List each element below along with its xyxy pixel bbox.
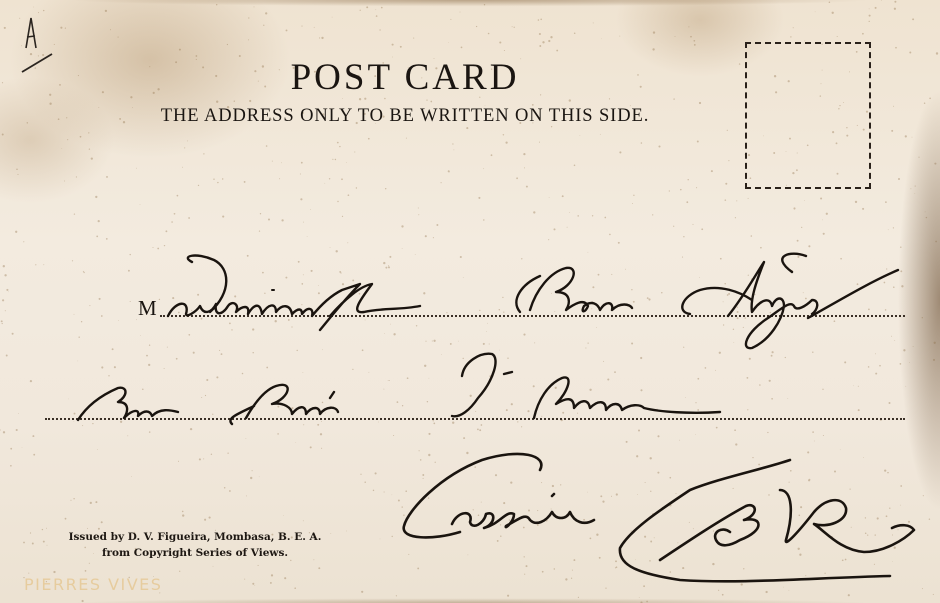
postcard-title: POST CARD — [0, 56, 810, 99]
publisher-line-2: from Copyright Series of Views. — [30, 545, 360, 561]
publisher-line-1: Issued by D. V. Figueira, Mombasa, B. E.… — [30, 529, 360, 545]
stamp-box — [745, 42, 871, 189]
publisher-credit: Issued by D. V. Figueira, Mombasa, B. E.… — [30, 529, 360, 561]
postcard-back: POST CARD THE ADDRESS ONLY TO BE WRITTEN… — [0, 0, 940, 603]
address-instruction: THE ADDRESS ONLY TO BE WRITTEN ON THIS S… — [120, 106, 690, 127]
address-department: B d R — [0, 0, 3, 1]
watermark: PIERRES VIVES — [24, 575, 162, 594]
address-line-1 — [160, 315, 905, 317]
address-line-2 — [45, 418, 905, 420]
address-prefix: M — [138, 296, 157, 321]
